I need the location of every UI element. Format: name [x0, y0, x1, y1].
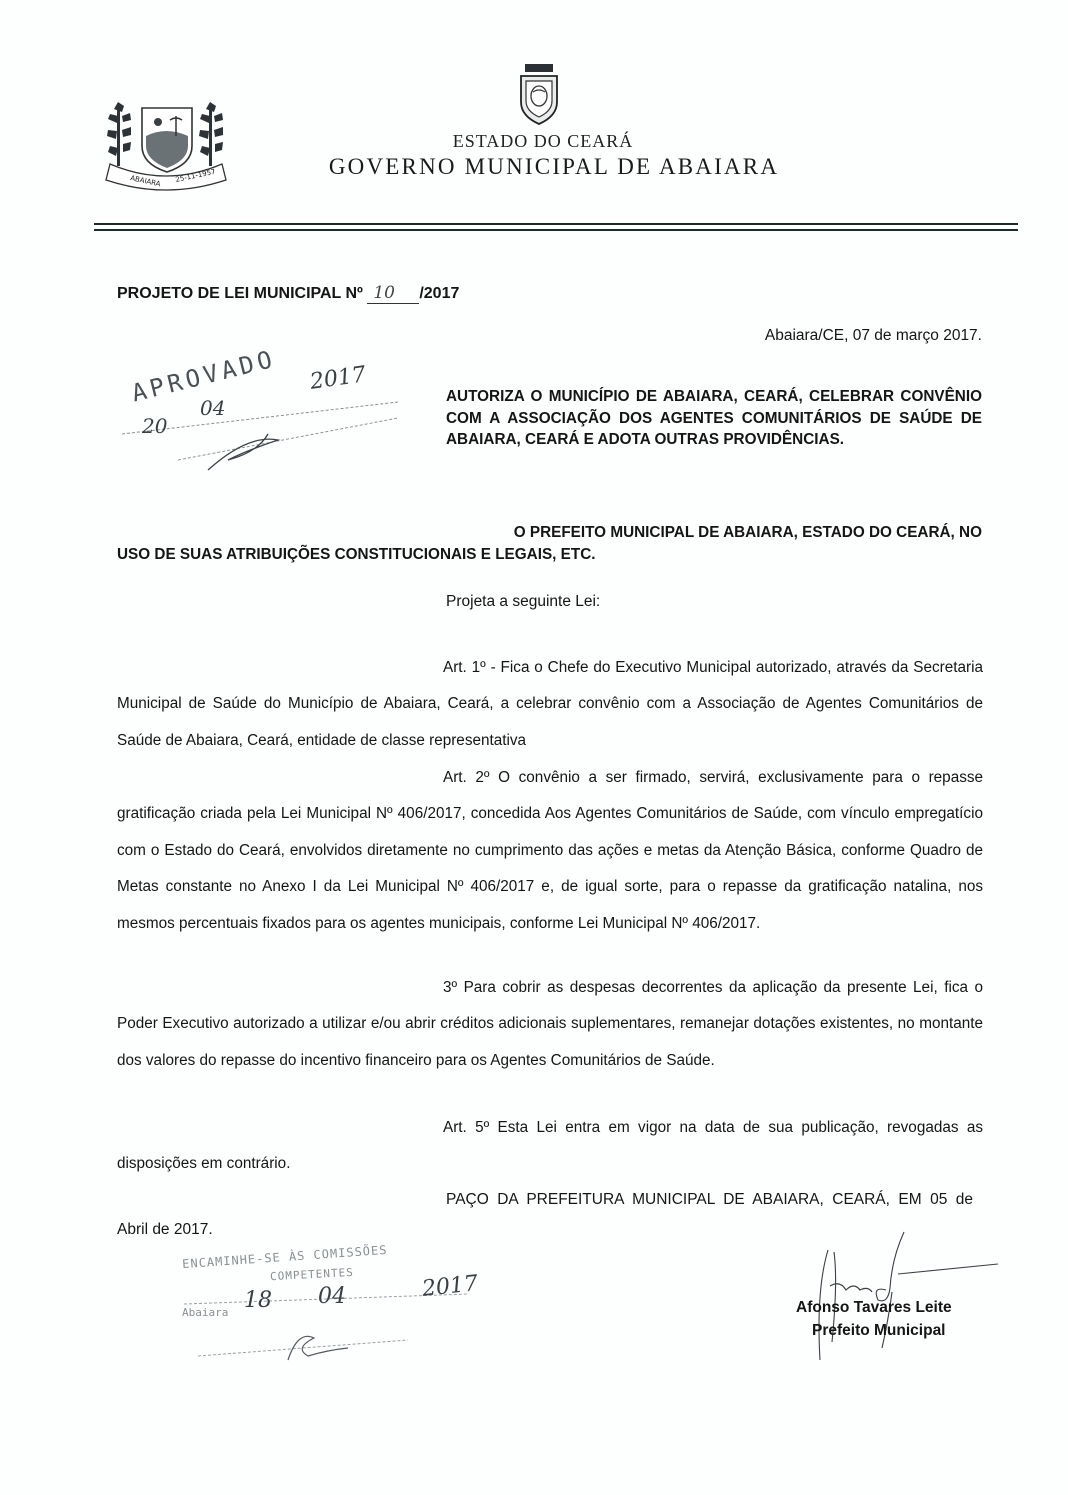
article-2: Art. 2º O convênio a ser firmado, servir… — [117, 760, 983, 942]
ementa: AUTORIZA O MUNICÍPIO DE ABAIARA, CEARÁ, … — [446, 386, 982, 451]
header-divider — [94, 223, 1018, 225]
article-2-text: Art. 2º O convênio a ser firmado, servir… — [117, 769, 983, 932]
forward-stamp: ENCAMINHE-SE ÀS COMISSÕES COMPETENTES Ab… — [178, 1244, 488, 1374]
header-state: ESTADO DO CEARÁ — [0, 131, 1068, 152]
project-number-handwritten: 10 — [367, 283, 419, 304]
forward-month: 04 — [318, 1284, 346, 1309]
article-1: Art. 1º - Fica o Chefe do Executivo Muni… — [117, 650, 983, 759]
article-1-text: Art. 1º - Fica o Chefe do Executivo Muni… — [117, 659, 983, 749]
article-3-text: 3º Para cobrir as despesas decorrentes d… — [117, 979, 983, 1069]
signer-role: Prefeito Municipal — [812, 1322, 946, 1340]
article-3: 3º Para cobrir as despesas decorrentes d… — [117, 970, 983, 1079]
approved-day: 20 — [142, 414, 167, 438]
signer-name: Afonso Tavares Leite — [796, 1299, 952, 1317]
preamble-line-1: O PREFEITO MUNICIPAL DE ABAIARA, ESTADO … — [446, 524, 982, 542]
ceara-state-crest-icon — [517, 62, 561, 126]
project-title: PROJETO DE LEI MUNICIPAL Nº 10/2017 — [117, 283, 459, 304]
project-title-suffix: /2017 — [419, 285, 459, 302]
approved-stamp: APROVADO 20 04 2017 — [118, 352, 408, 477]
projeta-label: Projeta a seguinte Lei: — [446, 593, 600, 611]
article-5-text: Art. 5º Esta Lei entra em vigor na data … — [117, 1119, 983, 1172]
closing-paco: PAÇO DA PREFEITURA MUNICIPAL DE ABAIARA,… — [446, 1191, 973, 1209]
document-date: Abaiara/CE, 07 de março 2017. — [765, 327, 982, 345]
approved-month: 04 — [200, 396, 225, 420]
header-government: GOVERNO MUNICIPAL DE ABAIARA — [0, 154, 1068, 180]
closing-date: Abril de 2017. — [117, 1221, 213, 1239]
article-5: Art. 5º Esta Lei entra em vigor na data … — [117, 1110, 983, 1183]
preamble-line-2: USO DE SUAS ATRIBUIÇÕES CONSTITUCIONAIS … — [117, 546, 596, 564]
header-divider-2 — [94, 229, 1018, 231]
forward-prefix: Abaiara — [182, 1306, 228, 1319]
forward-day: 18 — [244, 1288, 272, 1313]
project-title-prefix: PROJETO DE LEI MUNICIPAL Nº — [117, 285, 363, 302]
